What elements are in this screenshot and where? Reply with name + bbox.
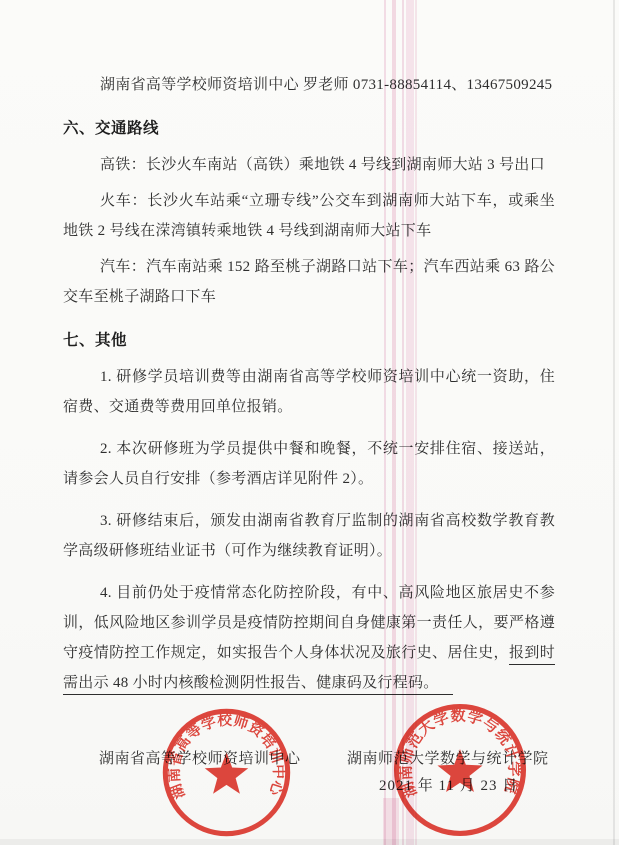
official-seal-right-icon: 湖南师范大学数学与统计学院 — [389, 699, 531, 841]
traffic-item-highspeed-rail: 高铁：长沙火车南站（高铁）乘地铁 4 号线到湖南师大站 3 号出口 — [63, 150, 555, 180]
section-traffic-heading: 六、交通路线 — [63, 114, 555, 144]
signature-date: 2021 年 11 月 23 日 — [379, 774, 518, 795]
other-item-3: 3. 研修结束后，颁发由湖南省教育厅监制的湖南省高校数学教育教学高级研修班结业证… — [63, 506, 555, 566]
official-seal-left-icon: 湖南省高等学校师资培训中心 — [158, 704, 295, 841]
other-item-4-text: 4. 目前仍处于疫情常态化防控阶段，有中、高风险地区旅居史不参训，低风险地区参训… — [63, 585, 555, 661]
signature-right-organization: 湖南师范大学数学与统计学院 — [347, 747, 549, 768]
other-item-4: 4. 目前仍处于疫情常态化防控阶段，有中、高风险地区旅居史不参训，低风险地区参训… — [63, 578, 555, 698]
other-item-2: 2. 本次研修班为学员提供中餐和晚餐，不统一安排住宿、接送站，请参会人员自行安排… — [63, 434, 555, 494]
traffic-item-bus: 汽车：汽车南站乘 152 路至桃子湖路口站下车；汽车西站乘 63 路公交车至桃子… — [63, 252, 555, 312]
contact-line: 湖南省高等学校师资培训中心 罗老师 0731-88854114、13467509… — [63, 70, 555, 100]
signature-left-organization: 湖南省高等学校师资培训中心 — [99, 747, 301, 768]
paper-edge-right — [613, 0, 615, 845]
scan-streak-bottom — [383, 798, 399, 845]
other-item-1: 1. 研修学员培训费等由湖南省高等学校师资培训中心统一资助，住宿费、交通费等费用… — [63, 362, 555, 422]
paper-edge-bottom — [0, 839, 619, 845]
section-other-heading: 七、其他 — [63, 326, 555, 356]
document-body: 湖南省高等学校师资培训中心 罗老师 0731-88854114、13467509… — [63, 70, 555, 704]
traffic-item-train: 火车：长沙火车站乘“立珊专线”公交车到湖南师大站下车，或乘坐地铁 2 号线在溁湾… — [63, 186, 555, 246]
document-page: 湖南省高等学校师资培训中心 罗老师 0731-88854114、13467509… — [0, 0, 619, 845]
